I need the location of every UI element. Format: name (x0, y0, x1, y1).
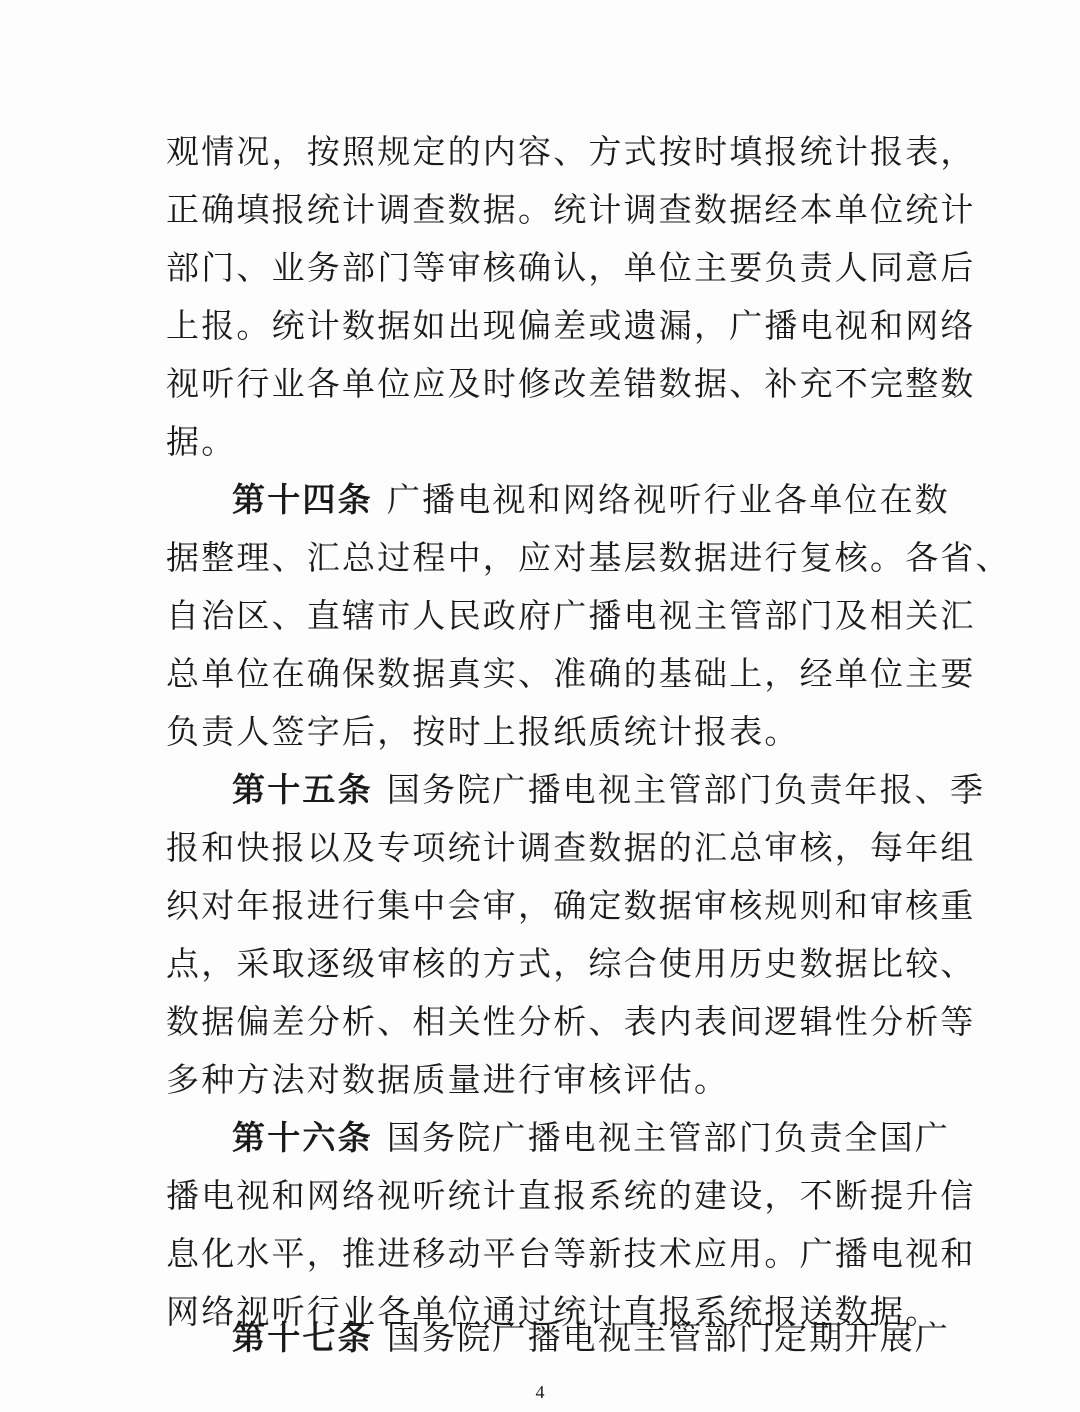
text-line: 据。 (166, 420, 926, 464)
text-line: 广播电视和网络视听行业各单位在数 (387, 480, 950, 519)
text-line: 点，采取逐级审核的方式，综合使用历史数据比较、 (166, 942, 926, 986)
article-17-heading-line: 第十七条国务院广播电视主管部门定期开展广 (232, 1316, 926, 1360)
text-line: 国务院广播电视主管部门负责全国广 (387, 1118, 950, 1157)
text-line: 国务院广播电视主管部门负责年报、季 (387, 770, 985, 809)
text-line: 观情况，按照规定的内容、方式按时填报统计报表， (166, 130, 926, 174)
article-16-heading-line: 第十六条国务院广播电视主管部门负责全国广 (232, 1116, 926, 1160)
text-line: 视听行业各单位应及时修改差错数据、补充不完整数 (166, 362, 926, 406)
text-line: 总单位在确保数据真实、准确的基础上，经单位主要 (166, 652, 926, 696)
text-line: 部门、业务部门等审核确认，单位主要负责人同意后 (166, 246, 926, 290)
text-line: 数据偏差分析、相关性分析、表内表间逻辑性分析等 (166, 1000, 926, 1044)
text-line: 负责人签字后，按时上报纸质统计报表。 (166, 710, 926, 754)
document-page: 观情况，按照规定的内容、方式按时填报统计报表， 正确填报统计调查数据。统计调查数… (0, 0, 1080, 1412)
text-line: 正确填报统计调查数据。统计调查数据经本单位统计 (166, 188, 926, 232)
text-line: 织对年报进行集中会审，确定数据审核规则和审核重 (166, 884, 926, 928)
text-line: 播电视和网络视听统计直报系统的建设，不断提升信 (166, 1174, 926, 1218)
article-number: 第十七条 (232, 1318, 373, 1357)
text-line: 上报。统计数据如出现偏差或遗漏，广播电视和网络 (166, 304, 926, 348)
text-line: 自治区、直辖市人民政府广播电视主管部门及相关汇 (166, 594, 926, 638)
page-number: 4 (0, 1382, 1080, 1403)
text-line: 国务院广播电视主管部门定期开展广 (387, 1318, 950, 1357)
text-line: 报和快报以及专项统计调查数据的汇总审核，每年组 (166, 826, 926, 870)
article-15-heading-line: 第十五条国务院广播电视主管部门负责年报、季 (232, 768, 926, 812)
text-line: 息化水平，推进移动平台等新技术应用。广播电视和 (166, 1232, 926, 1276)
text-line: 多种方法对数据质量进行审核评估。 (166, 1058, 926, 1102)
article-14-heading-line: 第十四条广播电视和网络视听行业各单位在数 (232, 478, 926, 522)
article-number: 第十四条 (232, 480, 373, 519)
article-number: 第十六条 (232, 1118, 373, 1157)
article-number: 第十五条 (232, 770, 373, 809)
text-line: 据整理、汇总过程中，应对基层数据进行复核。各省、 (166, 536, 926, 580)
